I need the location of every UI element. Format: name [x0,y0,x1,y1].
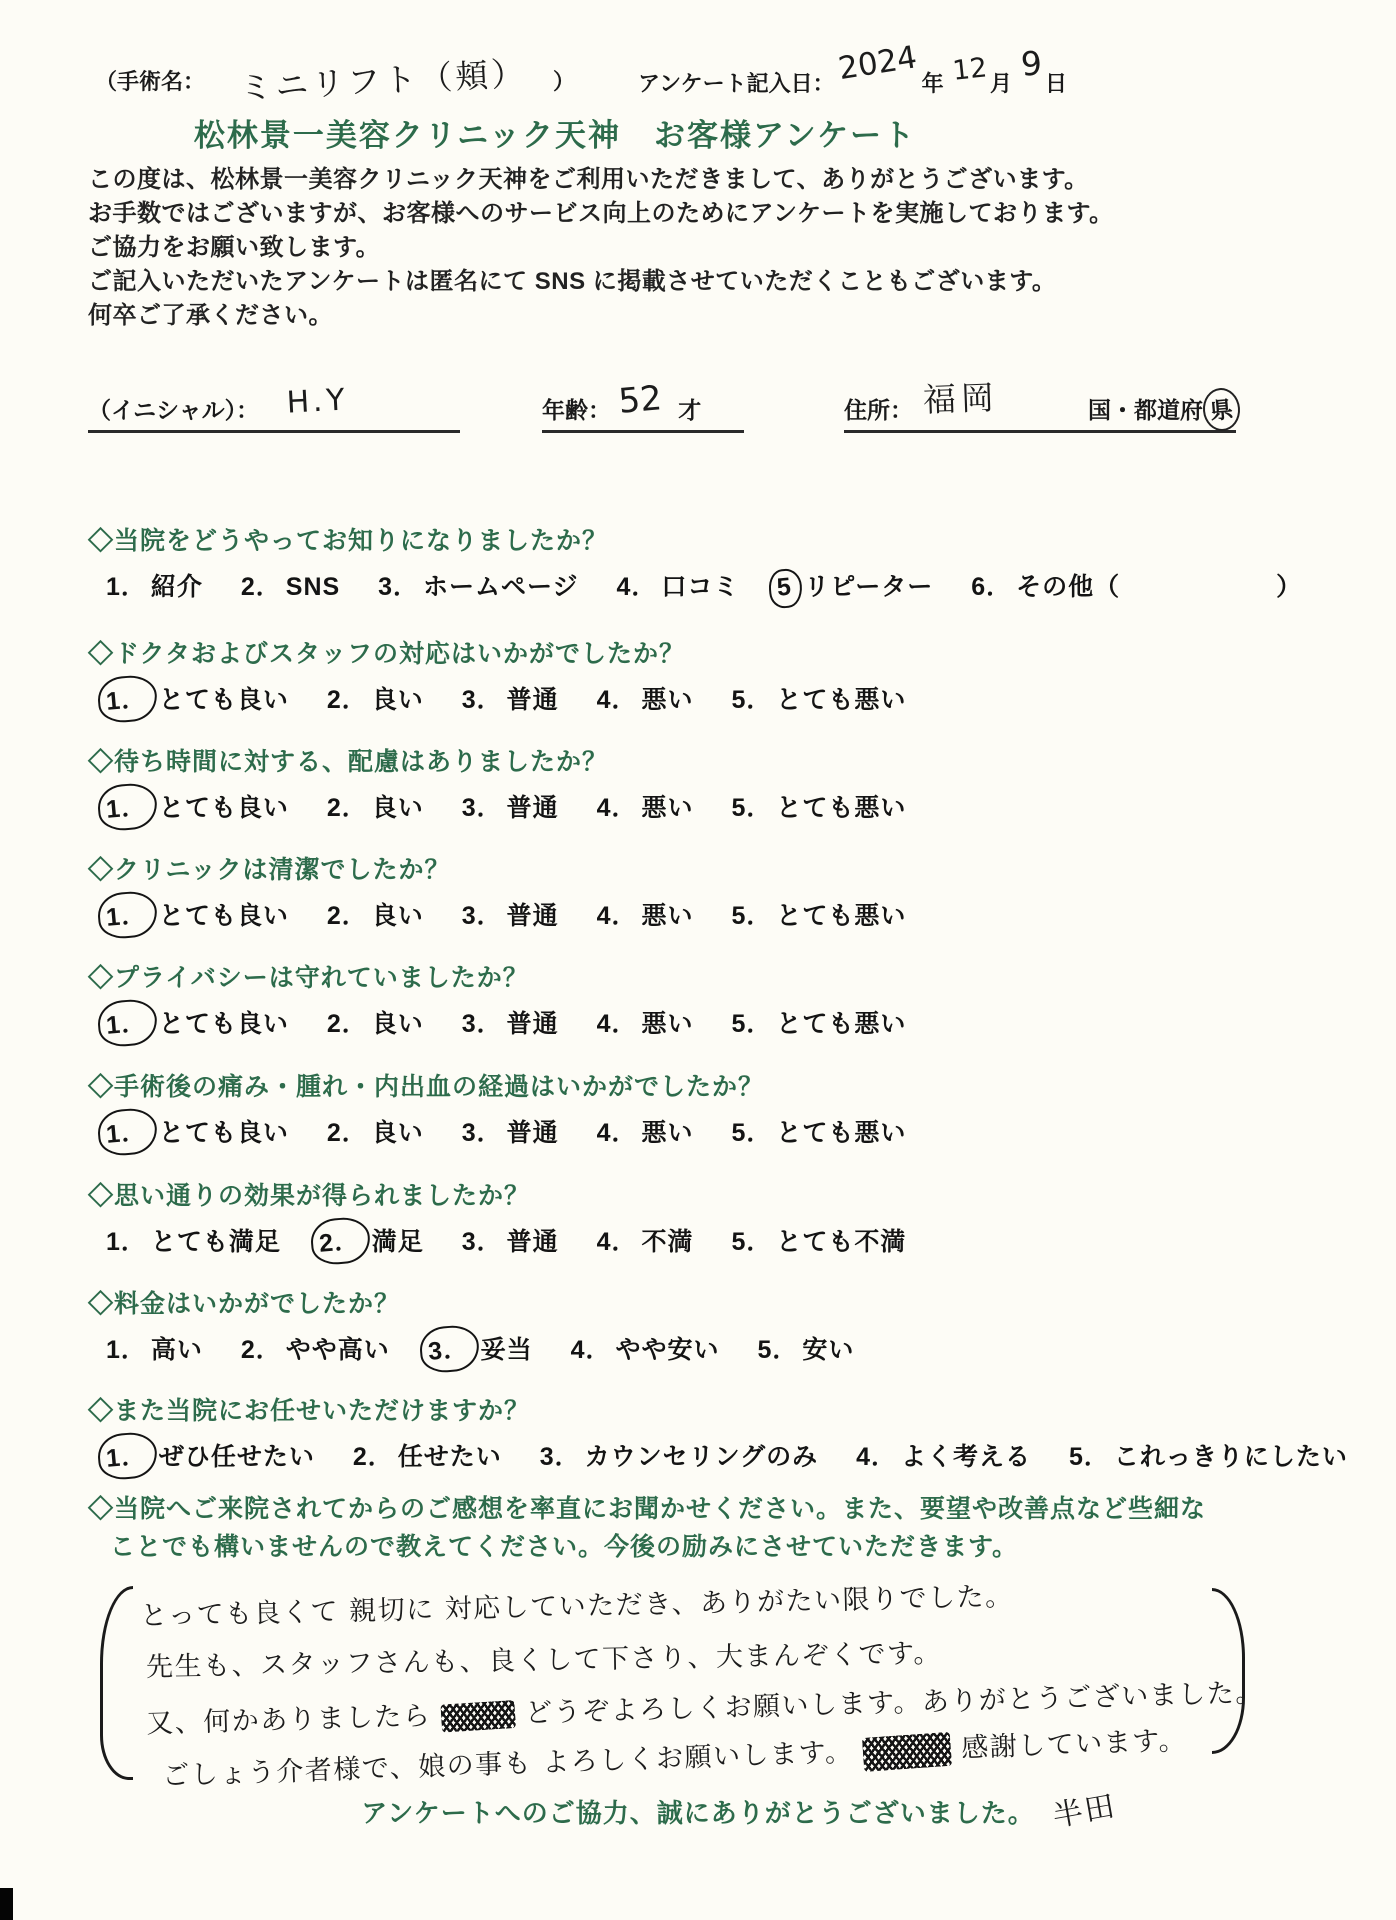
question-prompt: ◇料金はいかがでしたか？ [88,1284,884,1320]
intro-line: ご協力をお願い致します。 [88,231,1114,265]
option-2-selected: 2．満足 [319,1228,424,1256]
page-title: 松林景一美容クリニック天神 お客様アンケート [0,110,1110,155]
question-prompt: ◇プライバシーは守れていましたか？ [88,958,936,994]
option-3: 3．ホームページ [378,573,578,601]
question-prompt: ◇クリニックは清潔でしたか？ [88,850,936,886]
option-3: 3．普通 [462,794,559,822]
option-3: 3．普通 [462,1010,559,1038]
option-3: 3．普通 [462,902,559,930]
options-row: 1．紹介 2．SNS 3．ホームページ 4．口コミ 5リピーター 6．その他（ … [88,567,1332,604]
option-4: 4．よく考える [856,1443,1031,1471]
option-2: 2．良い [327,1119,424,1147]
question-prompt: ◇思い通りの効果が得られましたか？ [88,1176,936,1212]
comment-line-1: とっても良くて 親切に 対応していただき、ありがたい限りでした。 [140,1574,1014,1633]
option-5: 5．安い [758,1336,855,1364]
option-5: 5．とても悪い [732,794,907,822]
open-paren-stroke [100,1586,133,1780]
option-4: 4．やや安い [571,1336,720,1364]
question-prompt: ◇当院へご来院されてからのご感想を率直にお聞かせください。また、要望や改善点など… [88,1490,1318,1566]
option-1-selected: 1．ぜひ任せたい [106,1443,315,1471]
option-4: 4．悪い [597,1119,694,1147]
option-1: 1．とても満足 [106,1228,281,1256]
option-5: 5．とても悪い [732,1010,907,1038]
intro-line: この度は、松林景一美容クリニック天神をご利用いただきまして、ありがとうございます… [88,163,1114,197]
region-label: 国・都道府 [1088,392,1203,425]
handwritten-year: 2024 [836,39,920,87]
options-row: 1．とても良い 2．良い 3．普通 4．悪い 5．とても悪い [88,1113,936,1151]
option-1: 1．紹介 [106,573,203,601]
options-row: 1．とても満足 2．満足 3．普通 4．不満 5．とても不満 [88,1222,936,1260]
survey-date-row: アンケート記入日：2024年12月9日 [638,60,1067,99]
day-unit: 日 [1045,71,1067,96]
selected-answer-circle: 1． [96,1431,159,1482]
option-4: 4．悪い [597,1010,694,1038]
selected-answer-circle: 3． [418,1324,481,1375]
handwritten-month: 12 [951,52,988,86]
surgery-name-row: （手術名：ミニリフト（頬）） [95,52,575,99]
intro-paragraph: この度は、松林景一美容クリニック天神をご利用いただきまして、ありがとうございます… [88,163,1114,333]
selected-answer-circle: 1． [96,1107,159,1158]
option-3: 3．普通 [462,686,559,714]
options-row: 1．とても良い 2．良い 3．普通 4．悪い 5．とても悪い [88,896,936,934]
survey-date-label: アンケート記入日： [638,71,835,96]
option-2: 2．SNS [241,573,340,601]
option-5-selected: 5リピーター [777,573,933,601]
question-prompt: ◇手術後の痛み・腫れ・内出血の経過はいかがでしたか？ [88,1067,936,1103]
option-5: 5．とても悪い [732,686,907,714]
option-2: 2．やや高い [241,1336,390,1364]
intro-line: ご記入いただいたアンケートは匿名にて SNS に掲載させていただくこともございま… [88,265,1114,299]
selected-answer-circle: 1． [96,674,159,725]
survey-scan-page: （手術名：ミニリフト（頬）） アンケート記入日：2024年12月9日 松林景一美… [0,0,1396,1920]
address-label: 住所： [844,392,913,425]
question-prompt: ◇当院をどうやってお知りになりましたか？ [88,521,1332,557]
options-row: 1．高い 2．やや高い 3．妥当 4．やや安い 5．安い [88,1330,884,1368]
question-feedback: ◇当院へご来院されてからのご感想を率直にお聞かせください。また、要望や改善点など… [88,1490,1318,1566]
options-row: 1．とても良い 2．良い 3．普通 4．悪い 5．とても悪い [88,680,936,718]
year-unit: 年 [922,71,944,96]
initials-label: （イニシャル）： [88,392,259,425]
selected-answer-circle: 5 [768,568,804,610]
question-prompt: ◇ドクタおよびスタッフの対応はいかがでしたか？ [88,634,936,670]
question-prompt: ◇また当院にお任せいただけますか？ [88,1391,1378,1427]
option-1-selected: 1．とても良い [106,794,289,822]
option-2: 2．良い [327,1010,424,1038]
initials-field: （イニシャル）： H.Y [88,390,460,433]
handwritten-address: 福岡 [922,372,1000,422]
feedback-prompt-line1: ◇当院へご来院されてからのご感想を率直にお聞かせください。また、要望や改善点など… [88,1490,1318,1528]
handwritten-initials: H.Y [286,382,350,420]
option-5: 5．とても悪い [732,1119,907,1147]
question-wait-time: ◇待ち時間に対する、配慮はありましたか？ 1．とても良い 2．良い 3．普通 4… [88,742,936,826]
selected-answer-circle: 2． [309,1216,372,1267]
option-1-selected: 1．とても良い [106,1010,289,1038]
question-privacy: ◇プライバシーは守れていましたか？ 1．とても良い 2．良い 3．普通 4．悪い… [88,958,936,1042]
option-5: 5．とても悪い [732,902,907,930]
option-3: 3．カウンセリングのみ [540,1443,818,1471]
option-1: 1．高い [106,1336,203,1364]
handwritten-surgery-name: ミニリフト（頬） [238,47,528,109]
option-4: 4．悪い [597,794,694,822]
question-price: ◇料金はいかがでしたか？ 1．高い 2．やや高い 3．妥当 4．やや安い 5．安… [88,1284,884,1368]
profile-row: （イニシャル）： H.Y 年齢： 52 才 住所： 福岡 国・都道府 県 [88,378,1236,433]
option-5: 5．これっきりにしたい [1069,1443,1348,1471]
option-3-selected: 3．妥当 [428,1336,533,1364]
comment-line-2: 先生も、スタッフさんも、良くして下さり、大まんぞくです。 [146,1631,942,1684]
question-cleanliness: ◇クリニックは清潔でしたか？ 1．とても良い 2．良い 3．普通 4．悪い 5．… [88,850,936,934]
selected-answer-circle: 1． [96,782,159,833]
intro-line: お手数ではございますが、お客様へのサービス向上のためにアンケートを実施しておりま… [88,197,1114,231]
question-prompt: ◇待ち時間に対する、配慮はありましたか？ [88,742,936,778]
option-5: 5．とても不満 [732,1228,907,1256]
feedback-prompt-line2: ことでも構いませんので教えてください。今後の励みにさせていただきます。 [88,1528,1318,1566]
option-1-selected: 1．とても良い [106,1119,289,1147]
address-field: 住所： 福岡 国・都道府 県 [844,378,1236,433]
scan-corner-artifact [0,1888,13,1920]
option-2: 2．良い [327,794,424,822]
scribble-redaction [440,1700,516,1733]
option-4: 4．悪い [597,902,694,930]
age-unit: 才 [678,392,701,425]
option-1-selected: 1．とても良い [106,686,289,714]
option-4: 4．不満 [597,1228,694,1256]
handwritten-day: 9 [1020,43,1044,83]
option-2: 2．良い [327,686,424,714]
scribble-redaction [862,1731,952,1771]
question-results: ◇思い通りの効果が得られましたか？ 1．とても満足 2．満足 3．普通 4．不満… [88,1176,936,1260]
intro-line: 何卒ご了承ください。 [88,299,1114,333]
age-field: 年齢： 52 才 [542,385,744,433]
option-2: 2．良い [327,902,424,930]
handwritten-comment-block: とっても良くて 親切に 対応していただき、ありがたい限りでした。 先生も、スタッ… [100,1582,1350,1792]
option-4: 4．悪い [597,686,694,714]
selected-answer-circle: 1． [96,998,159,1049]
option-6: 6．その他（ ） [971,573,1302,601]
options-row: 1．とても良い 2．良い 3．普通 4．悪い 5．とても悪い [88,1004,936,1042]
options-row: 1．とても良い 2．良い 3．普通 4．悪い 5．とても悪い [88,788,936,826]
option-4: 4．口コミ [617,573,740,601]
option-3: 3．普通 [462,1228,559,1256]
question-staff-response: ◇ドクタおよびスタッフの対応はいかがでしたか？ 1．とても良い 2．良い 3．普… [88,634,936,718]
month-unit: 月 [990,71,1012,96]
option-1-selected: 1．とても良い [106,902,289,930]
options-row: 1．ぜひ任せたい 2．任せたい 3．カウンセリングのみ 4．よく考える 5．これ… [88,1437,1378,1475]
handwritten-age: 52 [617,378,664,422]
age-label: 年齢： [542,392,611,425]
selected-answer-circle: 1． [96,890,159,941]
surgery-name-label: （手術名： [95,69,205,94]
circled-prefecture-mark: 県 [1201,386,1242,432]
surgery-name-close-paren: ） [553,69,575,94]
option-2: 2．任せたい [353,1443,502,1471]
option-3: 3．普通 [462,1119,559,1147]
question-post-op: ◇手術後の痛み・腫れ・内出血の経過はいかがでしたか？ 1．とても良い 2．良い … [88,1067,936,1151]
question-how-found: ◇当院をどうやってお知りになりましたか？ 1．紹介 2．SNS 3．ホームページ… [88,521,1332,604]
footer-thanks: アンケートへのご協力、誠にありがとうございました。 [0,1793,1396,1830]
question-return: ◇また当院にお任せいただけますか？ 1．ぜひ任せたい 2．任せたい 3．カウンセ… [88,1391,1378,1475]
